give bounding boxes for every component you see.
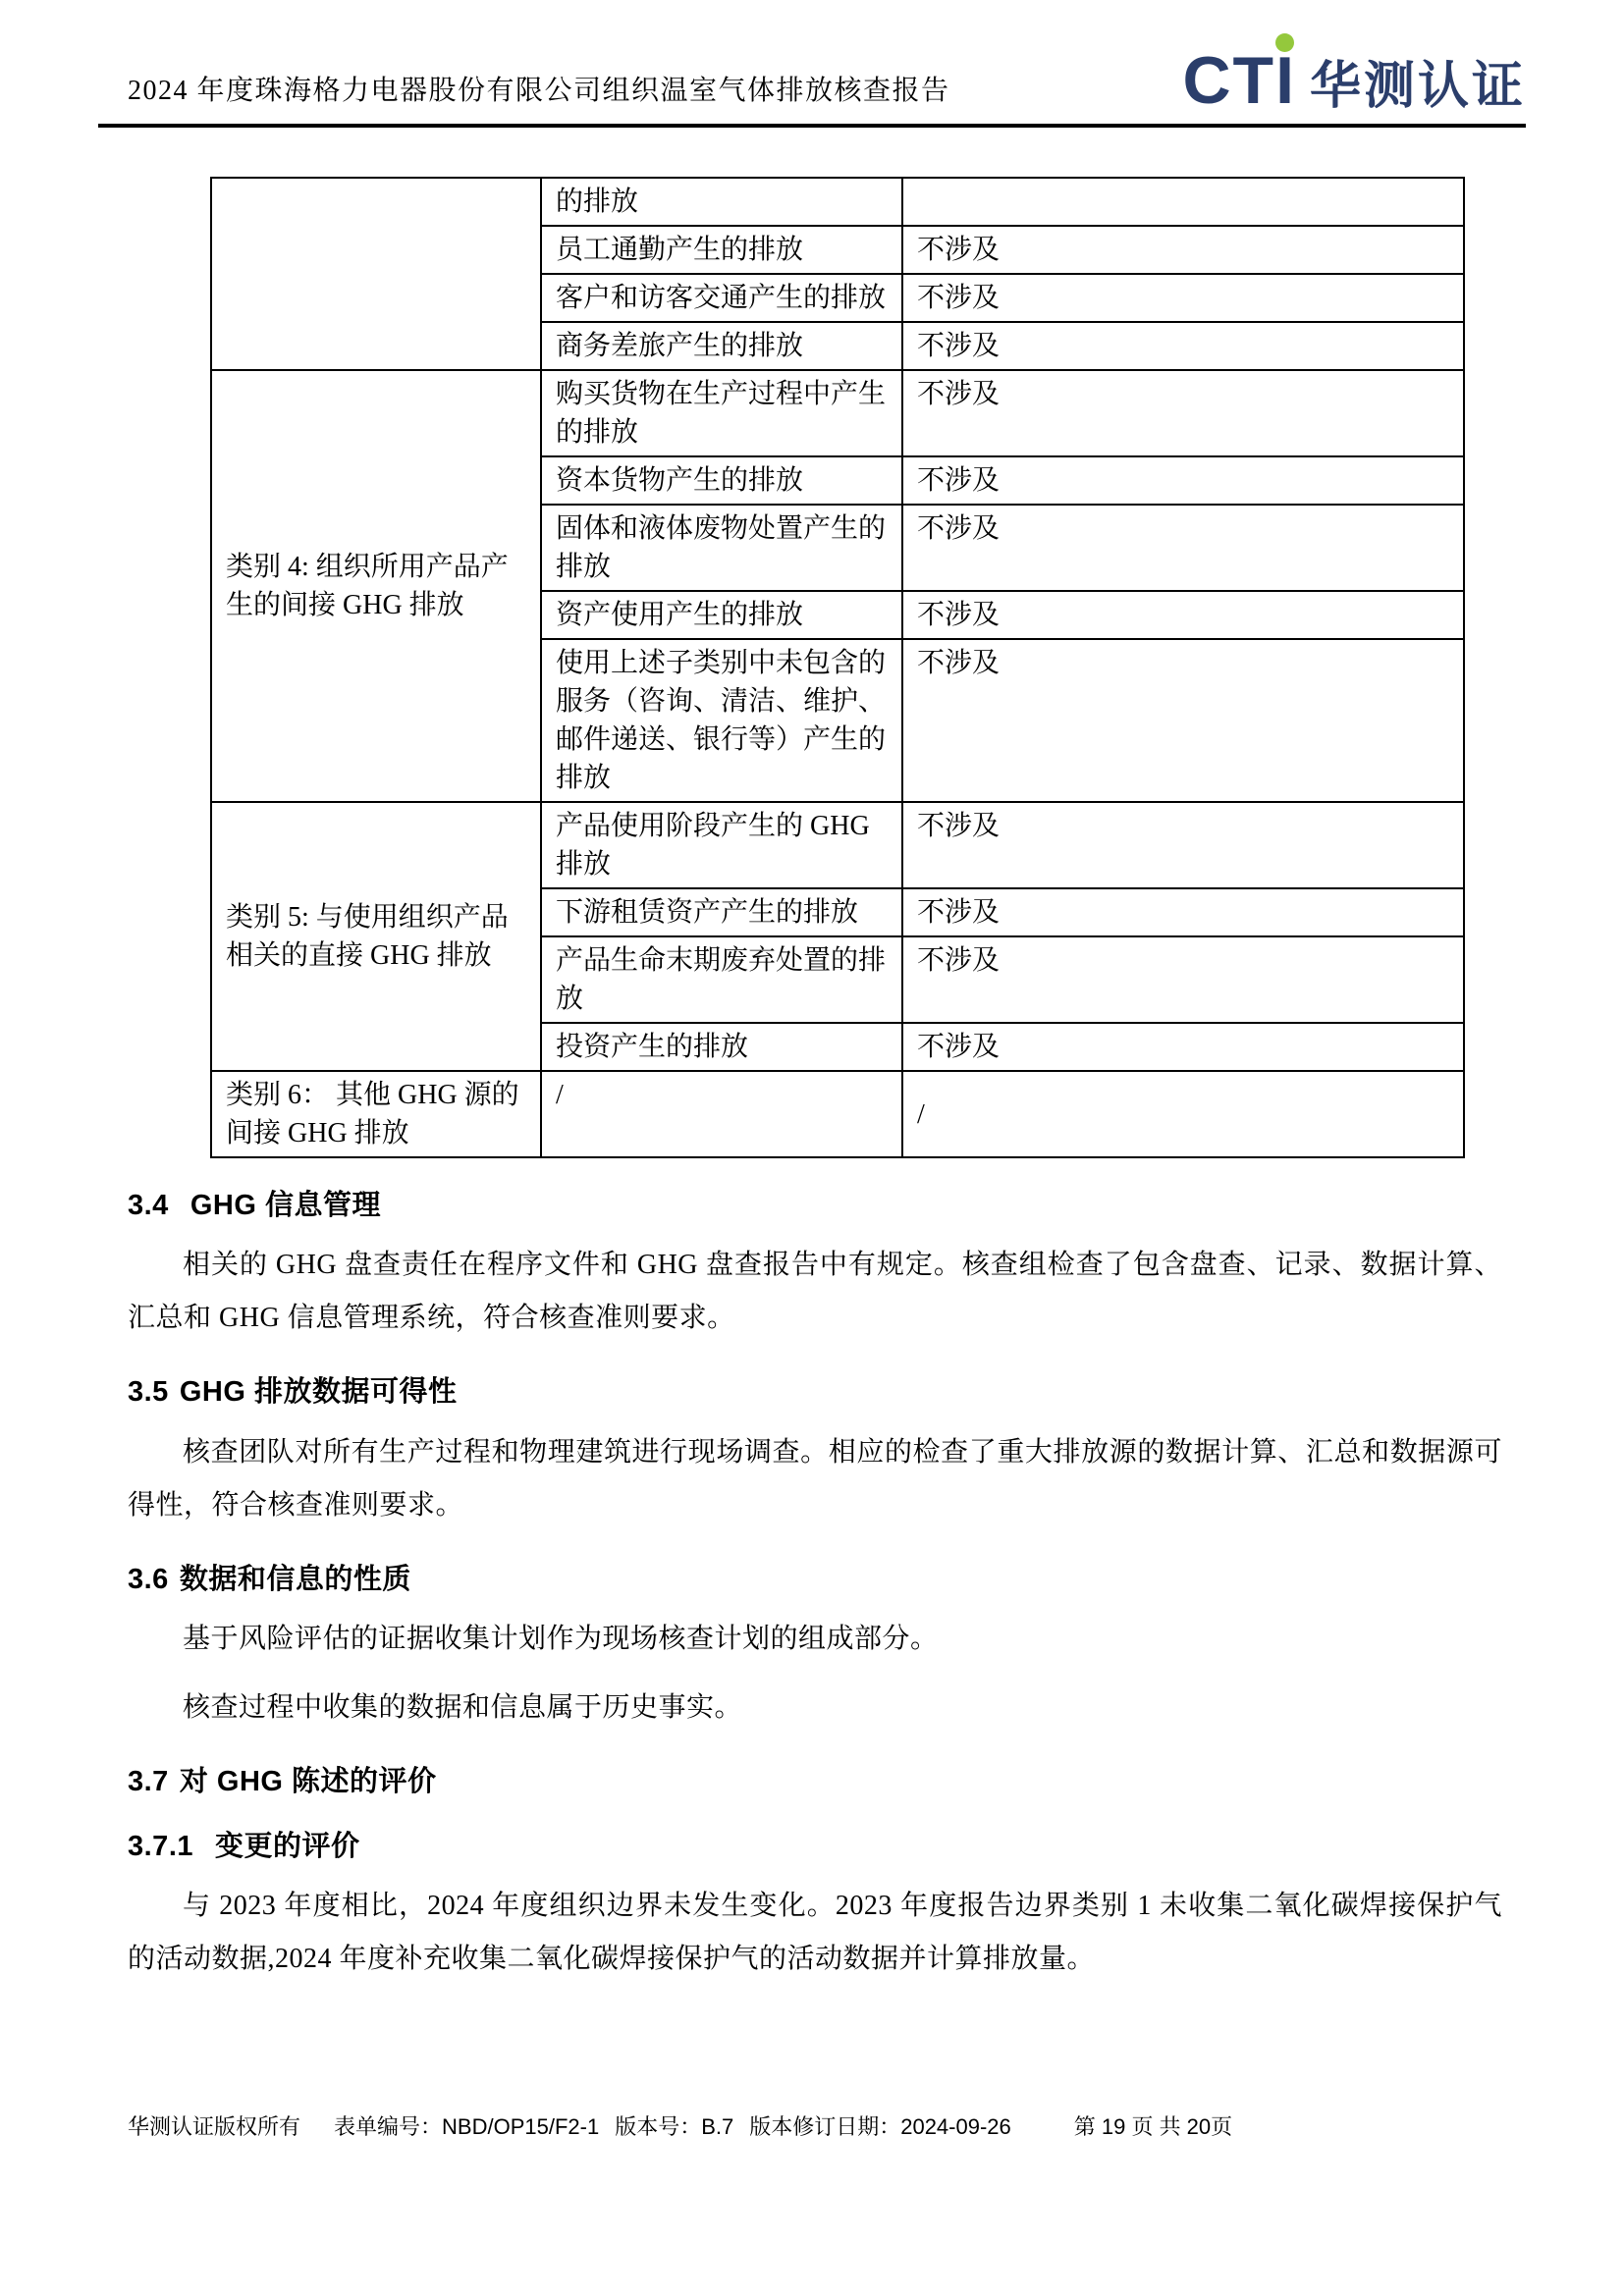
table-row: 类别 5: 与使用组织产品相关的直接 GHG 排放 产品使用阶段产生的 GHG … xyxy=(211,802,1464,888)
footer-copyright: 华测认证版权所有 xyxy=(128,2112,300,2143)
page-footer: 华测认证版权所有 表单编号：NBD/OP15/F2-1 版本号：B.7 版本修订… xyxy=(128,2112,1526,2143)
table-row: 类别 4: 组织所用产品产生的间接 GHG 排放 购买货物在生产过程中产生的排放… xyxy=(211,370,1464,456)
source-cell: 投资产生的排放 xyxy=(541,1023,902,1071)
value-cell: / xyxy=(902,1071,1464,1157)
section-heading-3-6: 3.6数据和信息的性质 xyxy=(128,1562,1502,1597)
report-page: 2024 年度珠海格力电器股份有限公司组织温室气体排放核查报告 CTI 华测认证… xyxy=(0,0,1624,2296)
value-cell: 不涉及 xyxy=(902,639,1464,802)
section-heading-3-7: 3.7对 GHG 陈述的评价 xyxy=(128,1764,1502,1799)
section-number: 3.4 xyxy=(128,1190,169,1221)
source-cell: 的排放 xyxy=(541,178,902,226)
value-cell: 不涉及 xyxy=(902,226,1464,274)
value-cell: 不涉及 xyxy=(902,888,1464,936)
table-row: 的排放 xyxy=(211,178,1464,226)
footer-page-number: 第 19 页 共 20页 xyxy=(1074,2112,1232,2143)
cti-logo-brand: 华测认证 xyxy=(1310,61,1526,112)
page-header: 2024 年度珠海格力电器股份有限公司组织温室气体排放核查报告 CTI 华测认证 xyxy=(0,0,1624,124)
source-cell: 客户和访客交通产生的排放 xyxy=(541,274,902,322)
source-cell: 员工通勤产生的排放 xyxy=(541,226,902,274)
paragraph: 相关的 GHG 盘查责任在程序文件和 GHG 盘查报告中有规定。核查组检查了包含… xyxy=(128,1239,1502,1345)
logo-green-dot-icon xyxy=(1275,33,1294,52)
section-number: 3.5 xyxy=(128,1376,169,1408)
value-cell: 不涉及 xyxy=(902,370,1464,456)
source-cell: 产品生命末期废弃处置的排放 xyxy=(541,936,902,1023)
paragraph: 核查团队对所有生产过程和物理建筑进行现场调查。相应的检查了重大排放源的数据计算、… xyxy=(128,1426,1502,1532)
value-cell: 不涉及 xyxy=(902,802,1464,888)
source-cell: / xyxy=(541,1071,902,1157)
source-cell: 商务差旅产生的排放 xyxy=(541,322,902,370)
source-cell: 资产使用产生的排放 xyxy=(541,591,902,639)
value-cell: 不涉及 xyxy=(902,591,1464,639)
value-cell: 不涉及 xyxy=(902,936,1464,1023)
section-heading-3-5: 3.5GHG 排放数据可得性 xyxy=(128,1374,1502,1410)
section-number: 3.6 xyxy=(128,1564,169,1595)
section-heading-3-7-1: 3.7.1变更的评价 xyxy=(128,1829,1502,1864)
source-cell: 下游租赁资产产生的排放 xyxy=(541,888,902,936)
section-title: GHG 信息管理 xyxy=(190,1190,381,1221)
paragraph: 与 2023 年度相比，2024 年度组织边界未发生变化。2023 年度报告边界… xyxy=(128,1880,1502,1986)
source-cell: 资本货物产生的排放 xyxy=(541,456,902,505)
category-cell: 类别 5: 与使用组织产品相关的直接 GHG 排放 xyxy=(211,802,541,1071)
cti-logo-text: CTI xyxy=(1182,43,1296,118)
section-title: 变更的评价 xyxy=(215,1831,360,1862)
paragraph: 核查过程中收集的数据和信息属于历史事实。 xyxy=(128,1682,1502,1735)
section-title: GHG 排放数据可得性 xyxy=(180,1376,458,1408)
header-divider xyxy=(98,124,1526,128)
paragraph: 基于风险评估的证据收集计划作为现场核查计划的组成部分。 xyxy=(128,1613,1502,1666)
section-number: 3.7.1 xyxy=(128,1831,193,1862)
value-cell: 不涉及 xyxy=(902,456,1464,505)
value-cell: 不涉及 xyxy=(902,274,1464,322)
value-cell xyxy=(902,178,1464,226)
footer-version: 版本号：B.7 xyxy=(615,2112,733,2143)
document-title: 2024 年度珠海格力电器股份有限公司组织温室气体排放核查报告 xyxy=(128,75,950,114)
section-heading-3-4: 3.4GHG 信息管理 xyxy=(128,1188,1502,1223)
cti-logo-letters: CTI xyxy=(1182,47,1296,114)
value-cell: 不涉及 xyxy=(902,505,1464,591)
category-cell: 类别 6： 其他 GHG 源的间接 GHG 排放 xyxy=(211,1071,541,1157)
value-cell: 不涉及 xyxy=(902,322,1464,370)
report-body: 3.4GHG 信息管理 相关的 GHG 盘查责任在程序文件和 GHG 盘查报告中… xyxy=(128,1188,1502,1986)
source-cell: 购买货物在生产过程中产生的排放 xyxy=(541,370,902,456)
source-cell: 产品使用阶段产生的 GHG 排放 xyxy=(541,802,902,888)
source-cell: 使用上述子类别中未包含的服务（咨询、清洁、维护、邮件递送、银行等）产生的排放 xyxy=(541,639,902,802)
category-cell: 类别 4: 组织所用产品产生的间接 GHG 排放 xyxy=(211,370,541,802)
category-cell xyxy=(211,178,541,370)
section-number: 3.7 xyxy=(128,1766,169,1797)
ghg-category-table: 的排放 员工通勤产生的排放 不涉及 客户和访客交通产生的排放 不涉及 商务差旅产… xyxy=(210,177,1465,1158)
value-cell: 不涉及 xyxy=(902,1023,1464,1071)
footer-revision-date: 版本修订日期：2024-09-26 xyxy=(749,2112,1011,2143)
source-cell: 固体和液体废物处置产生的排放 xyxy=(541,505,902,591)
cti-logo: CTI 华测认证 xyxy=(1182,47,1526,114)
section-title: 数据和信息的性质 xyxy=(180,1564,411,1595)
table-row: 类别 6： 其他 GHG 源的间接 GHG 排放 / / xyxy=(211,1071,1464,1157)
section-title: 对 GHG 陈述的评价 xyxy=(180,1766,437,1797)
footer-form-number: 表单编号：NBD/OP15/F2-1 xyxy=(334,2112,599,2143)
